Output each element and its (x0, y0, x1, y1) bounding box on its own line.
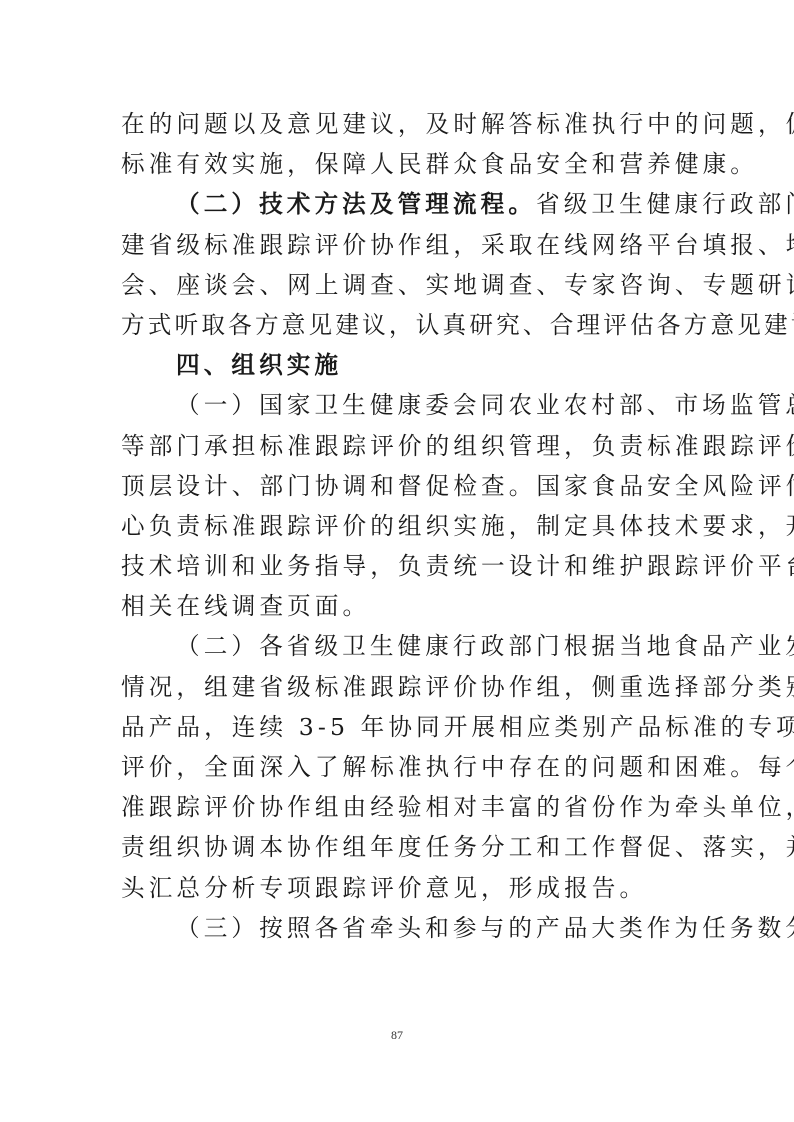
section-paragraph-technical-methods: （二）技术方法及管理流程。省级卫生健康行政部门组 (121, 184, 677, 224)
subsection-title: （二）技术方法及管理流程。 (176, 190, 536, 218)
paragraph-line: 责组织协调本协作组年度任务分工和工作督促、落实，并牵 (121, 827, 677, 867)
paragraph-line: 头汇总分析专项跟踪评价意见，形成报告。 (121, 868, 677, 908)
page-number: 87 (0, 1028, 794, 1043)
paragraph-line: 相关在线调查页面。 (121, 586, 677, 626)
paragraph-line: （一）国家卫生健康委会同农业农村部、市场监管总局 (121, 385, 677, 425)
paragraph-line: 会、座谈会、网上调查、实地调查、专家咨询、专题研讨等 (121, 265, 677, 305)
paragraph-line: （三）按照各省牵头和参与的产品大类作为任务数分配 (121, 908, 677, 948)
paragraph-text: 省级卫生健康行政部门组 (536, 190, 794, 218)
paragraph-line: 等部门承担标准跟踪评价的组织管理，负责标准跟踪评价的 (121, 426, 677, 466)
paragraph-line: 情况，组建省级标准跟踪评价协作组，侧重选择部分类别食 (121, 667, 677, 707)
paragraph-line: 评价，全面深入了解标准执行中存在的问题和困难。每个标 (121, 747, 677, 787)
document-page: 在的问题以及意见建议，及时解答标准执行中的问题，促进 标准有效实施，保障人民群众… (121, 104, 677, 948)
section-heading-organization: 四、组织实施 (121, 345, 677, 385)
paragraph-line: 在的问题以及意见建议，及时解答标准执行中的问题，促进 (121, 104, 677, 144)
paragraph-line: 技术培训和业务指导，负责统一设计和维护跟踪评价平台及 (121, 546, 677, 586)
paragraph-line: 心负责标准跟踪评价的组织实施，制定具体技术要求，开展 (121, 506, 677, 546)
paragraph-line: 准跟踪评价协作组由经验相对丰富的省份作为牵头单位，负 (121, 787, 677, 827)
paragraph-line: 建省级标准跟踪评价协作组，采取在线网络平台填报、培训 (121, 225, 677, 265)
paragraph-line: 方式听取各方意见建议，认真研究、合理评估各方意见建议。 (121, 305, 677, 345)
paragraph-line: （二）各省级卫生健康行政部门根据当地食品产业发展 (121, 626, 677, 666)
paragraph-line: 品产品，连续 3-5 年协同开展相应类别产品标准的专项跟踪 (121, 707, 677, 747)
paragraph-line: 顶层设计、部门协调和督促检查。国家食品安全风险评估中 (121, 466, 677, 506)
paragraph-line: 标准有效实施，保障人民群众食品安全和营养健康。 (121, 144, 677, 184)
